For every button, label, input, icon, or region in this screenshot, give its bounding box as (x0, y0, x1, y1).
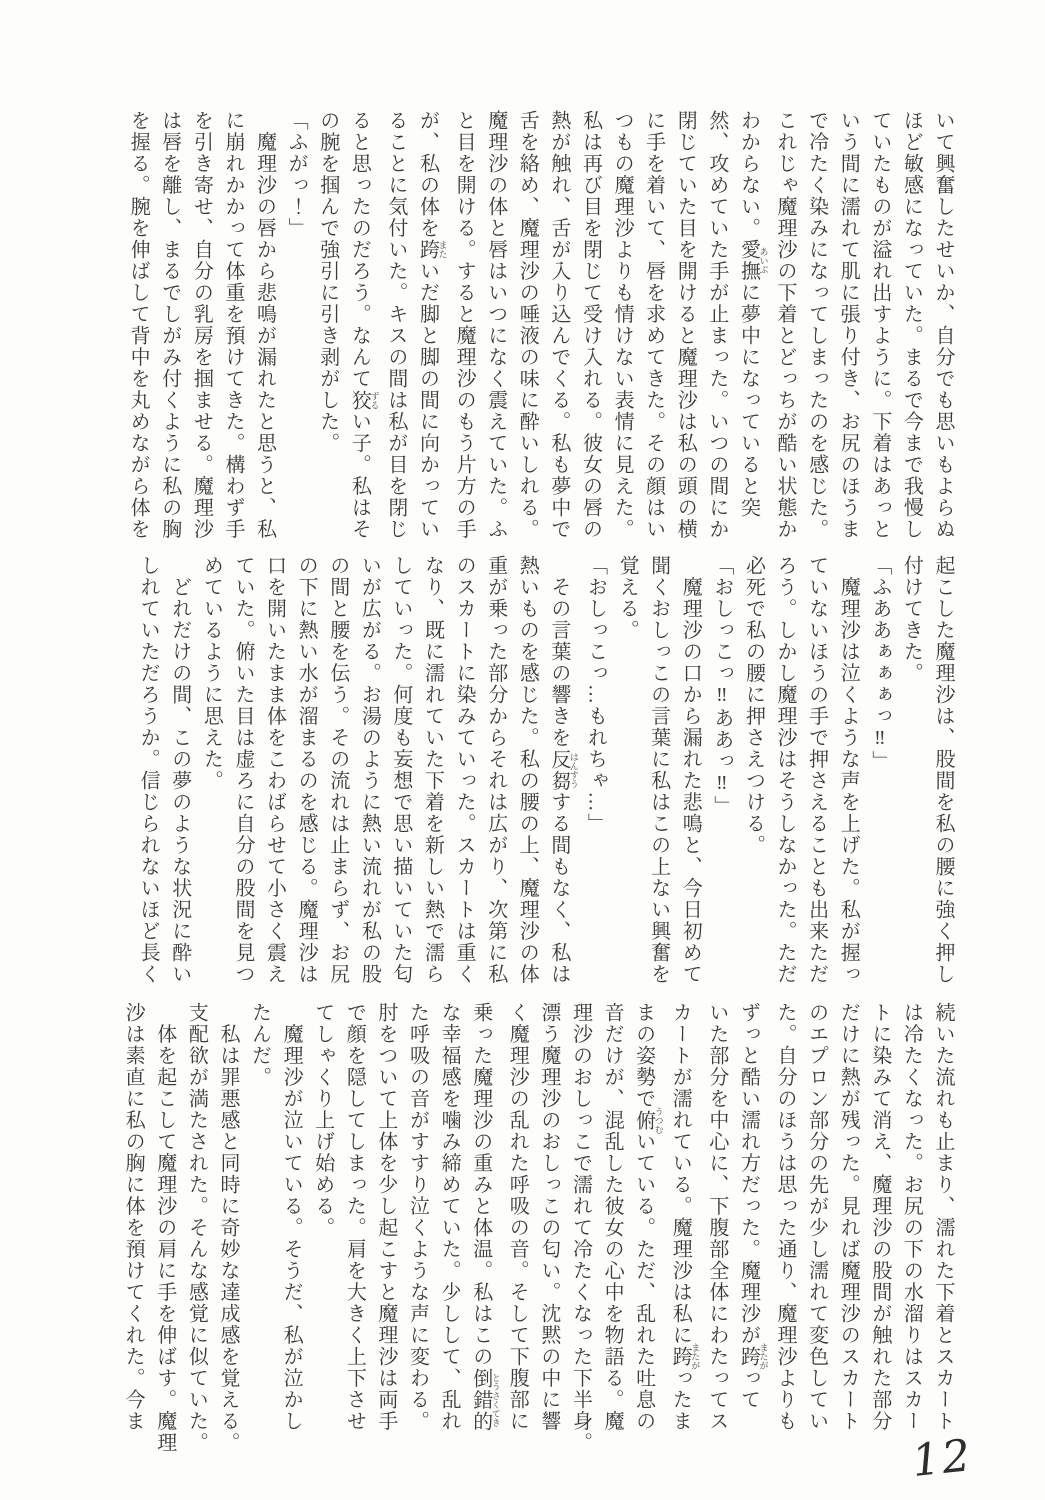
text-column: 「ふああぁぁぁっ‼」 (863, 555, 895, 985)
text-column: 魔理沙の体と唇はいつになく震えていた。ふ (479, 110, 511, 540)
furigana-annotated-word: 跨またが (737, 1346, 759, 1368)
text-column: いう間に濡れて肌に張り付き、お尻のほうま (832, 110, 864, 540)
text-column: これじゃ魔理沙の下着とどっちが酷い状態か (768, 110, 800, 540)
text-column: 舌を絡め、魔理沙の唾液の味に酔いしれる。 (511, 110, 543, 540)
text-column: 「おしっこっ…もれちゃ…」 (579, 555, 611, 985)
text-column: 支配欲が満たされた。そんな感覚に似ていた。 (180, 1002, 212, 1432)
text-column: いが広がる。お湯のように熱い流れが私の股 (353, 555, 385, 985)
text-column: 肘をついて上体を少し起こすと魔理沙は両手 (369, 1002, 401, 1432)
furigana-annotated-word: 狡ずる (348, 390, 370, 412)
furigana-annotated-word: 愛撫あいぶ (737, 239, 759, 282)
furigana-annotated-word: 俯うつむ (633, 1110, 655, 1132)
text-column: 口を開いたまま体をこわばらせて小さく震え (258, 555, 290, 985)
text-column: 沙は素直に私の胸に体を預けてくれた。今ま (117, 1002, 149, 1432)
text-column: 必死で私の腰に押さえつける。 (737, 555, 769, 985)
text-column: く魔理沙の乱れた呼吸の音。そして下腹部に (501, 1002, 533, 1432)
text-column: で冷たく染みになってしまったのを感じた。 (800, 110, 832, 540)
text-column: 魔理沙の唇から悲鳴が漏れたと思うと、私 (248, 110, 280, 540)
text-column: しれていただろうか。信じられないほど長く (132, 555, 164, 985)
text-column: ずっと酷い濡れ方だった。魔理沙が跨またがって (732, 1002, 769, 1432)
text-column: だけに熱が残った。見れば魔理沙のスカート (832, 1002, 864, 1432)
text-column: 付けてきた。 (895, 555, 927, 985)
text-column: 理沙のおしっこで濡れて冷たくなった下半身。 (564, 1002, 596, 1432)
text-column: 魔理沙は泣くような声を上げた。私が握っ (832, 555, 864, 985)
text-column: カートが濡れている。魔理沙は私に跨またがったま (664, 1002, 701, 1432)
text-column: 熱が触れ、舌が入り込んでくる。私も夢中で (542, 110, 574, 540)
text-column: 漂う魔理沙のおしっこの匂い。沈黙の中に響 (532, 1002, 564, 1432)
text-column: ろう。しかし魔理沙はそうしなかった。ただ (768, 555, 800, 985)
text-column: 然、攻めていた手が止まった。いつの間にか (700, 110, 732, 540)
text-column: 音だけが、混乱した彼女の心中を物語る。魔 (595, 1002, 627, 1432)
text-column: と目を開ける。すると魔理沙のもう片方の手 (448, 110, 480, 540)
text-band-top: いて興奮したせいか、自分でも思いもよらぬほど敏感になっていた。まるで今まで我慢し… (136, 110, 958, 540)
text-column: わからない。愛撫あいぶに夢中になっていると突 (732, 110, 769, 540)
text-column: た。自分のほうは思った通り、魔理沙よりも (768, 1002, 800, 1432)
text-column: 起こした魔理沙は、股間を私の腰に強く押し (926, 555, 958, 985)
text-column: 体を起こして魔理沙の肩に手を伸ばす。魔理 (148, 1002, 180, 1432)
text-column: の腕を掴んで強引に引き剥がした。 (311, 110, 343, 540)
text-column: た呼吸の音がすすり泣くような声に変わる。 (401, 1002, 433, 1432)
text-column: 「おしっこっ‼ああっ‼」 (705, 555, 737, 985)
text-column: まの姿勢で俯うつむいている。ただ、乱れた吐息の (627, 1002, 664, 1432)
text-column: てしゃくり上げ始める。 (306, 1002, 338, 1432)
scanned-novel-page: いて興奮したせいか、自分でも思いもよらぬほど敏感になっていた。まるで今まで我慢し… (0, 0, 1045, 1500)
text-column: その言葉の響きを反芻はんすうする間もなく、私は (542, 555, 579, 985)
text-column: ていないほうの手で押さえることも出来ただ (800, 555, 832, 985)
text-column: が、私の体を跨またいだ脚と脚の間に向かってい (411, 110, 448, 540)
text-column: つもの魔理沙よりも情けない表情に見えた。 (605, 110, 637, 540)
text-column: のエプロン部分の先が少し濡れて変色してい (800, 1002, 832, 1432)
text-column: どれだけの間、この夢のような状況に酔い (163, 555, 195, 985)
text-column: は唇を離し、まるでしがみ付くように私の胸 (153, 110, 185, 540)
text-column: トに染みて消え、魔理沙の股間が触れた部分 (863, 1002, 895, 1432)
text-column: 乗った魔理沙の重みと体温。私はこの倒錯的とうさくてき (464, 1002, 501, 1432)
text-column: のスカートに染みていった。スカートは重く (448, 555, 480, 985)
text-band-bottom: 続いた流れも止まり、濡れた下着とスカートは冷たくなった。お尻の下の水溜りはスカー… (136, 1002, 958, 1432)
text-column: 聞くおしっこの言葉に私はこの上ない興奮を (642, 555, 674, 985)
text-column: ていたものが溢れ出すように。下着はあっと (863, 110, 895, 540)
furigana-annotated-word: 倒錯的とうさくてき (470, 1368, 492, 1433)
text-column: 重が乗った部分からそれは広がり、次第に私 (479, 555, 511, 985)
text-column: ると思ったのだろう。なんて狡ずるい子。私はそ (343, 110, 380, 540)
text-column: 閉じていた目を開けると魔理沙は私の頭の横 (669, 110, 701, 540)
text-column: いた部分を中心に、下腹部全体にわたってス (700, 1002, 732, 1432)
furigana-annotated-word: 反芻はんすう (548, 749, 570, 792)
text-column: ることに気付いた。キスの間は私が目を閉じ (379, 110, 411, 540)
text-column: 魔理沙が泣いている。そうだ、私が泣かし (275, 1002, 307, 1432)
text-column: に手を着いて、唇を求めてきた。その顔はい (637, 110, 669, 540)
text-column: めているように思えた。 (195, 555, 227, 985)
furigana-annotated-word: 跨またが (669, 1346, 691, 1368)
furigana-annotated-word: 跨また (417, 239, 439, 261)
text-column: の間と腰を伝う。その流れは止まらず、お尻 (321, 555, 353, 985)
text-column: 私は再び目を閉じて受け入れる。彼女の唇の (574, 110, 606, 540)
text-column: 続いた流れも止まり、濡れた下着とスカート (926, 1002, 958, 1432)
text-column: は冷たくなった。お尻の下の水溜りはスカー (895, 1002, 927, 1432)
text-column: 覚える。 (610, 555, 642, 985)
text-column: 魔理沙の口から漏れた悲鳴と、今日初めて (674, 555, 706, 985)
text-column: 私は罪悪感と同時に奇妙な達成感を覚える。 (211, 1002, 243, 1432)
text-column: ほど敏感になっていた。まるで今まで我慢し (895, 110, 927, 540)
text-column: を握る。腕を伸ばして背中を丸めながら体を (122, 110, 154, 540)
text-column: 「ふがっ！」 (280, 110, 312, 540)
text-column: に崩れかかって体重を預けてきた。構わず手 (216, 110, 248, 540)
text-band-middle: 起こした魔理沙は、股間を私の腰に強く押し付けてきた。「ふああぁぁぁっ‼」 魔理沙… (136, 555, 958, 985)
text-column: の下に熱い水が溜まるのを感じる。魔理沙は (290, 555, 322, 985)
text-column: で顔を隠してしまった。肩を大きく上下させ (338, 1002, 370, 1432)
text-column: なり、既に濡れていた下着を新しい熱で濡ら (416, 555, 448, 985)
text-column: していった。何度も妄想で思い描いていた匂 (384, 555, 416, 985)
text-column: な幸福感を噛み締めていた。少しして、乱れ (433, 1002, 465, 1432)
text-column: 熱いものを感じた。私の腰の上、魔理沙の体 (511, 555, 543, 985)
text-column: いて興奮したせいか、自分でも思いもよらぬ (926, 110, 958, 540)
text-column: を引き寄せ、自分の乳房を掴ませる。魔理沙 (185, 110, 217, 540)
text-column: たんだ。 (243, 1002, 275, 1432)
text-column: ていた。俯いた目は虚ろに自分の股間を見つ (226, 555, 258, 985)
page-number: 12 (910, 1428, 995, 1487)
